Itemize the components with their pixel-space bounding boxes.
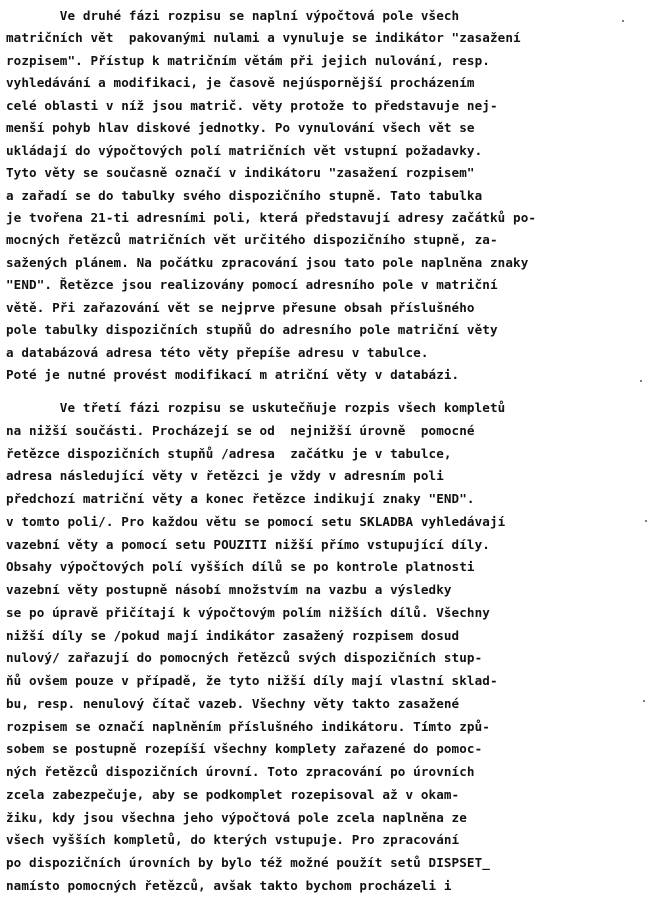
text-line: sobem se postupně rozepíší všechny kompl… — [6, 738, 656, 761]
text-line: rozpisem se označí naplněním příslušného… — [6, 716, 656, 739]
text-line: předchozí matriční věty a konec řetězce … — [6, 488, 656, 511]
text-line: v tomto poli/. Pro každou větu se pomocí… — [6, 511, 656, 534]
text-line: celé oblasti v níž jsou matrič. věty pro… — [6, 95, 656, 117]
scan-speck — [640, 380, 642, 382]
text-line: je tvořena 21-ti adresními poli, která p… — [6, 207, 656, 229]
text-line: zcela zabezpečuje, aby se podkomplet roz… — [6, 784, 656, 807]
text-line: "END". Řetězce jsou realizovány pomocí a… — [6, 274, 656, 296]
text-line: rozpisem". Přístup k matričním větám při… — [6, 50, 656, 72]
scanned-document-page: Ve druhé fázi rozpisu se naplní výpočtov… — [0, 0, 657, 908]
text-line: nulový/ zařazují do pomocných řetězců sv… — [6, 647, 656, 670]
text-line: a zařadí se do tabulky svého dispozičníh… — [6, 185, 656, 207]
text-line: vyhledávání a modifikaci, je časově nejú… — [6, 72, 656, 94]
text-line: bu, resp. nenulový čítač vazeb. Všechny … — [6, 693, 656, 716]
text-line: ňů ovšem pouze v případě, že tyto nižší … — [6, 670, 656, 693]
text-line: namísto pomocných řetězců, avšak takto b… — [6, 875, 656, 898]
text-line: ných řetězců dispozičních úrovní. Toto z… — [6, 761, 656, 784]
text-line: Ve druhé fázi rozpisu se naplní výpočtov… — [6, 5, 656, 27]
text-line: pole tabulky dispozičních stupňů do adre… — [6, 319, 656, 341]
text-line: Tyto věty se současně označí v indikátor… — [6, 162, 656, 184]
text-line: Obsahy výpočtových polí vyšších dílů se … — [6, 556, 656, 579]
paragraph-second-phase: Ve druhé fázi rozpisu se naplní výpočtov… — [6, 5, 656, 386]
text-line: mocných řetězců matričních vět určitého … — [6, 229, 656, 251]
text-line: nižší díly se /pokud mají indikátor zasa… — [6, 625, 656, 648]
text-line: na nižší součásti. Procházejí se od nejn… — [6, 420, 656, 443]
text-line: matričních vět pakovanými nulami a vynul… — [6, 27, 656, 49]
scan-speck — [645, 520, 647, 522]
text-line: ukládají do výpočtových polí matričních … — [6, 140, 656, 162]
scan-speck — [622, 20, 624, 22]
text-line: vazební věty a pomocí setu POUZITI nižší… — [6, 534, 656, 557]
text-line: vazební věty postupně násobí množstvím n… — [6, 579, 656, 602]
text-line: Poté je nutné provést modifikací m atrič… — [6, 364, 656, 386]
scan-speck — [643, 700, 645, 702]
text-line: po dispozičních úrovních by bylo též mož… — [6, 852, 656, 875]
text-line: větě. Při zařazování vět se nejprve přes… — [6, 297, 656, 319]
text-line: Ve třetí fázi rozpisu se uskutečňuje roz… — [6, 397, 656, 420]
text-line: se po úpravě přičítají k výpočtovým polí… — [6, 602, 656, 625]
paragraph-third-phase: Ve třetí fázi rozpisu se uskutečňuje roz… — [6, 397, 656, 898]
text-line: sažených plánem. Na počátku zpracování j… — [6, 252, 656, 274]
text-line: řetězce dispozičních stupňů /adresa začá… — [6, 443, 656, 466]
text-line: menší pohyb hlav diskové jednotky. Po vy… — [6, 117, 656, 139]
text-line: žiku, kdy jsou všechna jeho výpočtová po… — [6, 807, 656, 830]
text-line: adresa následující věty v řetězci je vžd… — [6, 465, 656, 488]
text-line: všech vyšších kompletů, do kterých vstup… — [6, 829, 656, 852]
text-line: a databázová adresa této věty přepíše ad… — [6, 342, 656, 364]
